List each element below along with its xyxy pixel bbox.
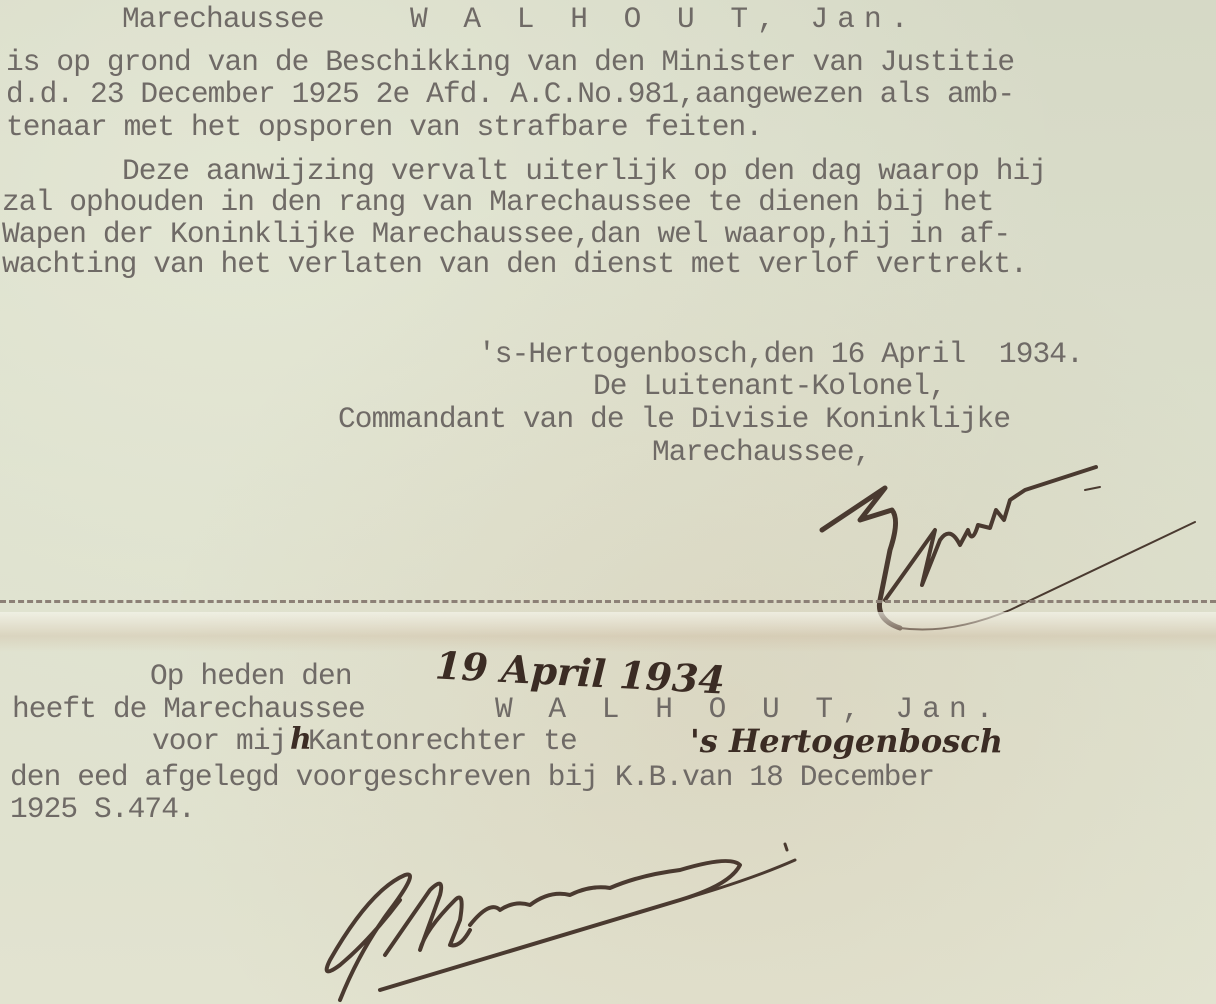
signatory-title: De Luitenant-Kolonel, [593,372,946,402]
oath-line-2-name: W A L H O U T, Jan. [495,695,1002,725]
paper-crease [0,612,1216,652]
body-line-1: is op grond van de Beschikking van den M… [6,48,1014,78]
perforation-line [0,600,1216,603]
oath-line-1: Op heden den [150,662,352,692]
oath-line-3-suffix: Kantonrechter te [308,727,577,757]
header-name: W A L H O U T, Jan. [410,5,917,35]
body-line-4: Deze aanwijzing vervalt uiterlijk op den… [122,157,1046,187]
signatory-role: Commandant van de le Divisie Koninklijke [338,405,1010,435]
body-line-5: zal ophouden in den rang van Marechausse… [2,188,993,218]
document-page: Marechaussee W A L H O U T, Jan. is op g… [0,0,1216,1004]
handwritten-place: 's Hertogenbosch [690,722,1003,760]
oath-line-4: den eed afgelegd voorgeschreven bij K.B.… [10,763,934,793]
oath-line-2-prefix: heeft de Marechaussee [12,695,365,725]
place-date: 's-Hertogenbosch,den 16 April 1934. [478,340,1083,370]
body-line-2: d.d. 23 December 1925 2e Afd. A.C.No.981… [6,80,1014,110]
body-line-6: Wapen der Koninklijke Marechaussee,dan w… [2,220,1010,250]
body-line-3: tenaar met het opsporen van strafbare fe… [6,113,762,143]
oath-line-5: 1925 S.474. [10,795,195,825]
lower-signature [300,830,1100,1004]
body-line-7: wachting van het verlaten van den dienst… [2,250,1027,280]
header-rank: Marechaussee [122,5,324,35]
oath-line-3-prefix: voor mij [152,727,286,757]
